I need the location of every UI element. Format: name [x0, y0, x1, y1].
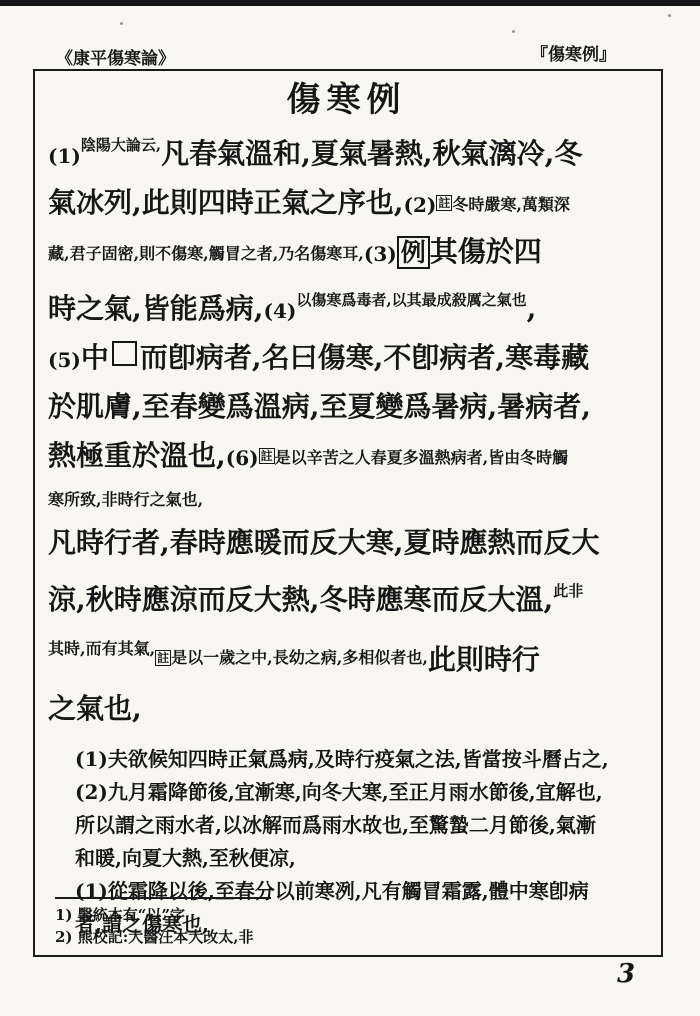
text-line: 氣冰列,此則四時正氣之序也,(2)註冬時嚴寒,萬類深 [48, 180, 645, 229]
footnote-block: 1) 醫統本有“以”字 2) 熊校記:大醫汪本大改太,非 [55, 897, 271, 948]
inline-note-text: 藏,君子固密,則不傷寒,觸冒之者,乃名傷寒耳, [48, 244, 364, 263]
text-line: 於肌膚,至春變爲溫病,至夏變爲暑病,暑病者, [48, 384, 645, 433]
text-line: 涼,秋時應涼而反大熱,冬時應寒而反大溫,此非 [48, 569, 645, 626]
scan-edge-artifact [0, 0, 700, 6]
main-text: 涼,秋時應涼而反大熱,冬時應寒而反大溫, [48, 583, 553, 616]
footnote-line: 2) 熊校記:大醫汪本大改太,非 [55, 926, 271, 948]
running-header-book-title: 《康平傷寒論》 [56, 44, 175, 69]
commentary-line: (2)九月霜降節後,宜漸寒,向冬大寒,至正月雨水節後,宜解也, [75, 776, 645, 809]
text-line: 寒所致,非時行之氣也, [48, 482, 645, 520]
main-text: 凡時行者,春時應暖而反大寒,夏時應熱而反大 [48, 526, 600, 559]
main-text: 之氣也, [48, 692, 142, 725]
example-marker-box: 例 [397, 236, 430, 269]
main-text: 此則時行 [428, 643, 540, 676]
text-line: 凡時行者,春時應暖而反大寒,夏時應熱而反大 [48, 520, 645, 569]
paragraph-number: (3) [364, 242, 397, 266]
text-line: 時之氣,皆能爲病,(4)以傷寒爲毒者,以其最成殺厲之氣也, [48, 278, 645, 335]
text-line: 熱極重於溫也,(6)註是以辛苦之人春夏多溫熱病者,皆由冬時觸 [48, 433, 645, 482]
main-text: , [527, 292, 537, 325]
commentary-line: 和暖,向夏大熱,至秋便凉, [75, 842, 645, 875]
text-line: (1)陰陽大論云,凡春氣溫和,夏氣暑熱,秋氣漓冷,冬 [48, 123, 645, 180]
scan-speck [120, 22, 123, 25]
main-text: 於肌膚,至春變爲溫病,至夏變爲暑病,暑病者, [48, 390, 591, 423]
page-number: 3 [617, 959, 635, 989]
scan-speck [668, 14, 671, 17]
main-text: 其傷於四 [430, 235, 542, 268]
superscript-note: 此非 [553, 582, 583, 600]
paragraph-number: (1) [48, 144, 81, 168]
paragraph-number: (2) [404, 193, 437, 217]
footnote-line: 1) 醫統本有“以”字 [55, 904, 271, 926]
text-line: 其時,而有其氣,註是以一歲之中,長幼之病,多相似者也,此則時行 [48, 626, 645, 686]
inline-note-text: 是以辛苦之人春夏多溫熱病者,皆由冬時觸 [275, 448, 569, 467]
superscript-note: 陰陽大論云, [81, 136, 161, 154]
main-text: 中 [81, 341, 109, 374]
paragraph-number: (4) [264, 299, 297, 323]
section-title: 傷寒例 [48, 77, 645, 123]
inline-note-text: 寒所致,非時行之氣也, [48, 490, 203, 509]
main-text: 而卽病者,名曰傷寒,不卽病者,寒毒藏 [140, 341, 589, 374]
missing-character-box [112, 341, 137, 366]
superscript-note: 以傷寒爲毒者,以其最成殺厲之氣也 [296, 291, 526, 309]
main-text: 時之氣,皆能爲病, [48, 292, 264, 325]
text-line: 之氣也, [48, 686, 645, 735]
main-text: 凡春氣溫和,夏氣暑熱,秋氣漓冷,冬 [161, 137, 582, 170]
main-text: 熱極重於溫也, [48, 439, 226, 472]
commentary-line: 所以謂之雨水者,以冰解而爲雨水故也,至驚蟄二月節後,氣漸 [75, 809, 645, 842]
inline-note-text: 是以一歲之中,長幼之病,多相似者也, [171, 648, 428, 667]
main-text: 氣冰列,此則四時正氣之序也, [48, 186, 404, 219]
scanned-book-page: 《康平傷寒論》 『傷寒例』 傷寒例 (1)陰陽大論云,凡春氣溫和,夏氣暑熱,秋氣… [0, 0, 700, 1016]
scan-speck [512, 30, 515, 33]
note-marker-box: 註 [436, 195, 452, 211]
text-line: (5)中而卽病者,名曰傷寒,不卽病者,寒毒藏 [48, 335, 645, 384]
note-marker-box: 註 [259, 448, 275, 464]
paragraph-number: (6) [226, 446, 259, 470]
paragraph-number: (5) [48, 348, 81, 372]
text-frame: 傷寒例 (1)陰陽大論云,凡春氣溫和,夏氣暑熱,秋氣漓冷,冬 氣冰列,此則四時正… [33, 69, 663, 957]
footnote-divider [55, 897, 271, 899]
note-marker-box: 註 [155, 650, 171, 666]
inline-note-text: 冬時嚴寒,萬類深 [452, 195, 570, 214]
running-header-section-title: 『傷寒例』 [531, 40, 616, 65]
superscript-note: 其時,而有其氣, [48, 639, 155, 658]
commentary-line: (1)夫欲候知四時正氣爲病,及時行疫氣之法,皆當按斗曆占之, [75, 743, 645, 776]
text-line: 藏,君子固密,則不傷寒,觸冒之者,乃名傷寒耳,(3)例其傷於四 [48, 229, 645, 278]
